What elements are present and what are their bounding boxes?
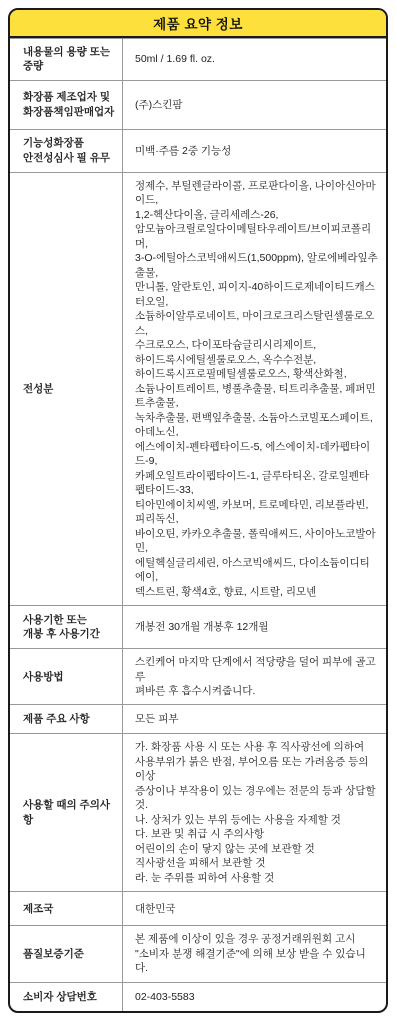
table-row-precautions: 사용할 때의 주의사항 가. 화장품 사용 시 또는 사용 후 직사광선에 의하… xyxy=(10,733,386,891)
table-row-manufacturer: 화장품 제조업자 및 화장품책임판매업자 (주)스킨팜 xyxy=(10,80,386,129)
table-title: 제품 요약 정보 xyxy=(10,10,386,38)
label-precautions: 사용할 때의 주의사항 xyxy=(10,734,123,891)
value-manufacturer: (주)스킨팜 xyxy=(123,81,386,129)
table-row-country: 제조국 대한민국 xyxy=(10,891,386,925)
value-expiration: 개봉전 30개월 개봉후 12개월 xyxy=(123,606,386,648)
value-country: 대한민국 xyxy=(123,892,386,925)
value-precautions: 가. 화장품 사용 시 또는 사용 후 직사광선에 의하여 사용부위가 붉은 반… xyxy=(123,734,386,891)
table-row-capacity: 내용물의 용량 또는 중량 50ml / 1.69 fl. oz. xyxy=(10,38,386,80)
label-ingredients: 전성분 xyxy=(10,173,123,605)
table-row-skin-type: 제품 주요 사항 모든 피부 xyxy=(10,704,386,733)
label-quality-warranty: 품질보증기준 xyxy=(10,926,123,981)
value-ingredients: 정제수, 부틸렌글라이콜, 프로판다이올, 나이아신아마이드, 1,2-헥산다이… xyxy=(123,173,386,605)
table-row-usage: 사용방법 스킨케어 마지막 단계에서 적당량을 덜어 피부에 골고루 펴바른 후… xyxy=(10,648,386,704)
label-usage: 사용방법 xyxy=(10,649,123,704)
value-capacity: 50ml / 1.69 fl. oz. xyxy=(123,39,386,80)
table-row-functional-review: 기능성화장품 안전성심사 필 유무 미백·주름 2중 기능성 xyxy=(10,129,386,172)
table-row-customer-service: 소비자 상담번호 02-403-5583 xyxy=(10,982,386,1011)
label-country: 제조국 xyxy=(10,892,123,925)
table-row-quality-warranty: 품질보증기준 본 제품에 이상이 있을 경우 공정거래위원회 고시 "소비자 분… xyxy=(10,925,386,981)
value-skin-type: 모든 피부 xyxy=(123,705,386,733)
value-quality-warranty: 본 제품에 이상이 있을 경우 공정거래위원회 고시 "소비자 분쟁 해결기준"… xyxy=(123,926,386,981)
product-summary-table: 제품 요약 정보 내용물의 용량 또는 중량 50ml / 1.69 fl. o… xyxy=(8,8,388,1013)
label-functional-review: 기능성화장품 안전성심사 필 유무 xyxy=(10,130,123,172)
value-functional-review: 미백·주름 2중 기능성 xyxy=(123,130,386,172)
label-expiration: 사용기한 또는 개봉 후 사용기간 xyxy=(10,606,123,648)
label-manufacturer: 화장품 제조업자 및 화장품책임판매업자 xyxy=(10,81,123,129)
table-row-ingredients: 전성분 정제수, 부틸렌글라이콜, 프로판다이올, 나이아신아마이드, 1,2-… xyxy=(10,172,386,605)
value-usage: 스킨케어 마지막 단계에서 적당량을 덜어 피부에 골고루 펴바른 후 흡수시켜… xyxy=(123,649,386,704)
label-customer-service: 소비자 상담번호 xyxy=(10,983,123,1011)
label-capacity: 내용물의 용량 또는 중량 xyxy=(10,39,123,80)
value-customer-service: 02-403-5583 xyxy=(123,983,386,1011)
label-skin-type: 제품 주요 사항 xyxy=(10,705,123,733)
table-row-expiration: 사용기한 또는 개봉 후 사용기간 개봉전 30개월 개봉후 12개월 xyxy=(10,605,386,648)
